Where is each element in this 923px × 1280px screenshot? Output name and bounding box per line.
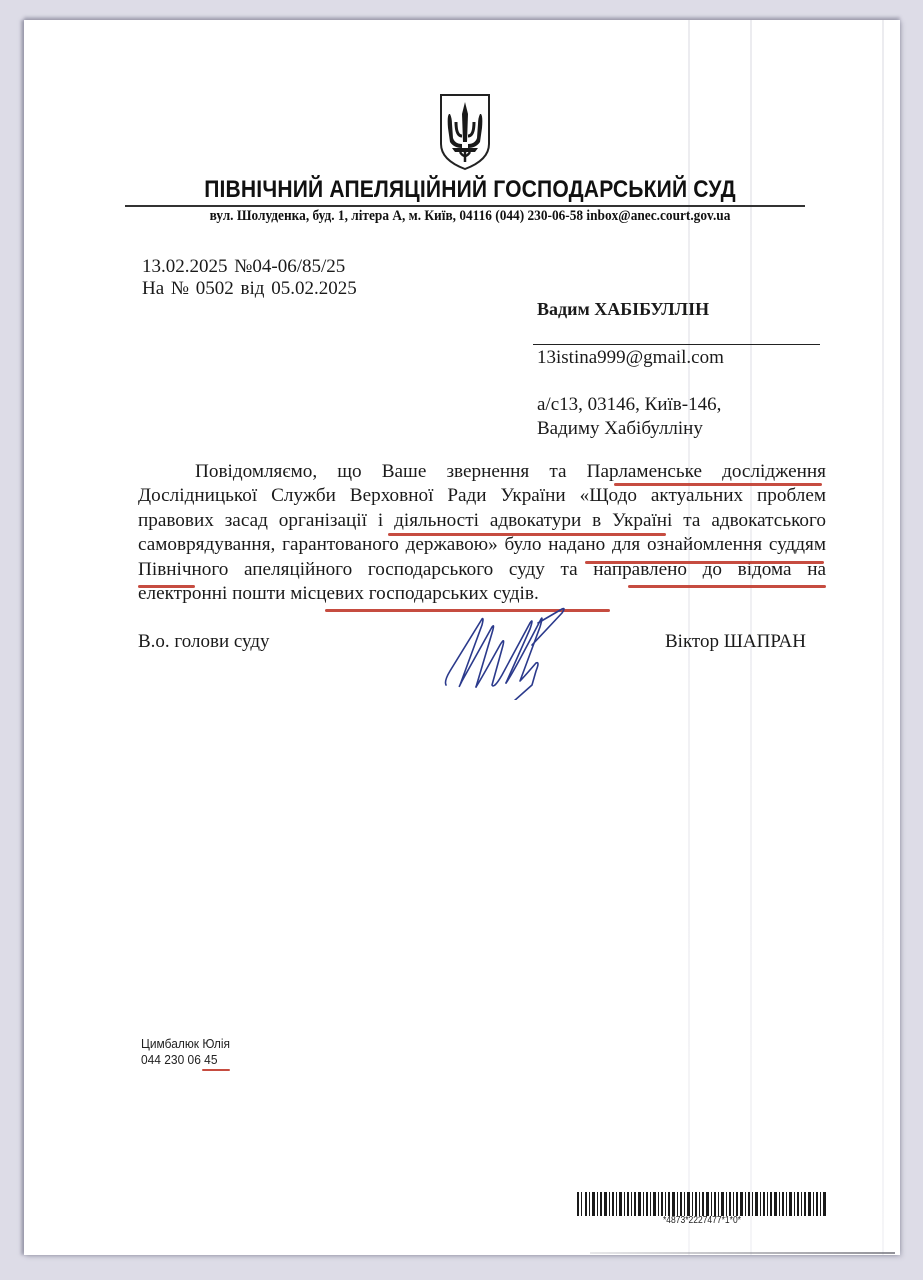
highlight-underline <box>614 483 822 486</box>
trident-coat-of-arms-icon <box>438 92 492 172</box>
letterhead-divider <box>125 205 805 207</box>
court-address: вул. Шолуденка, буд. 1, літера А, м. Киї… <box>157 208 783 225</box>
barcode-number: *4873*2227477*1*0* <box>596 1215 809 1226</box>
recipient-address-line1: а/с13, 03146, Київ-146, <box>537 394 721 416</box>
executor-name: Цимбалюк Юлія <box>141 1036 230 1051</box>
highlight-underline <box>585 561 824 564</box>
signatory-title: В.о. голови суду <box>138 631 270 653</box>
recipient-address-line2: Вадиму Хабібулліну <box>537 418 703 440</box>
signatory-name: Віктор ШАПРАН <box>665 631 806 653</box>
highlight-underline <box>388 533 666 536</box>
paper-edge-shadow <box>590 1252 895 1254</box>
court-name-heading: ПІВНІЧНИЙ АПЕЛЯЦІЙНИЙ ГОСПОДАРСЬКИЙ СУД <box>178 176 763 204</box>
incoming-reference: На № 0502 від 05.02.2025 <box>142 278 357 300</box>
scan-artifact-line <box>882 20 884 1255</box>
highlight-underline <box>628 585 826 588</box>
highlight-underline <box>138 585 195 588</box>
highlight-underline <box>202 1069 230 1071</box>
recipient-divider <box>533 344 820 345</box>
handwritten-signature-icon <box>440 605 600 700</box>
executor-phone: 044 230 06 45 <box>141 1052 217 1067</box>
outgoing-reference: 13.02.2025 №04-06/85/25 <box>142 256 345 278</box>
barcode-icon <box>577 1192 827 1216</box>
recipient-email: 13istina999@gmail.com <box>537 347 724 369</box>
recipient-name: Вадим ХАБІБУЛЛІН <box>537 299 709 320</box>
